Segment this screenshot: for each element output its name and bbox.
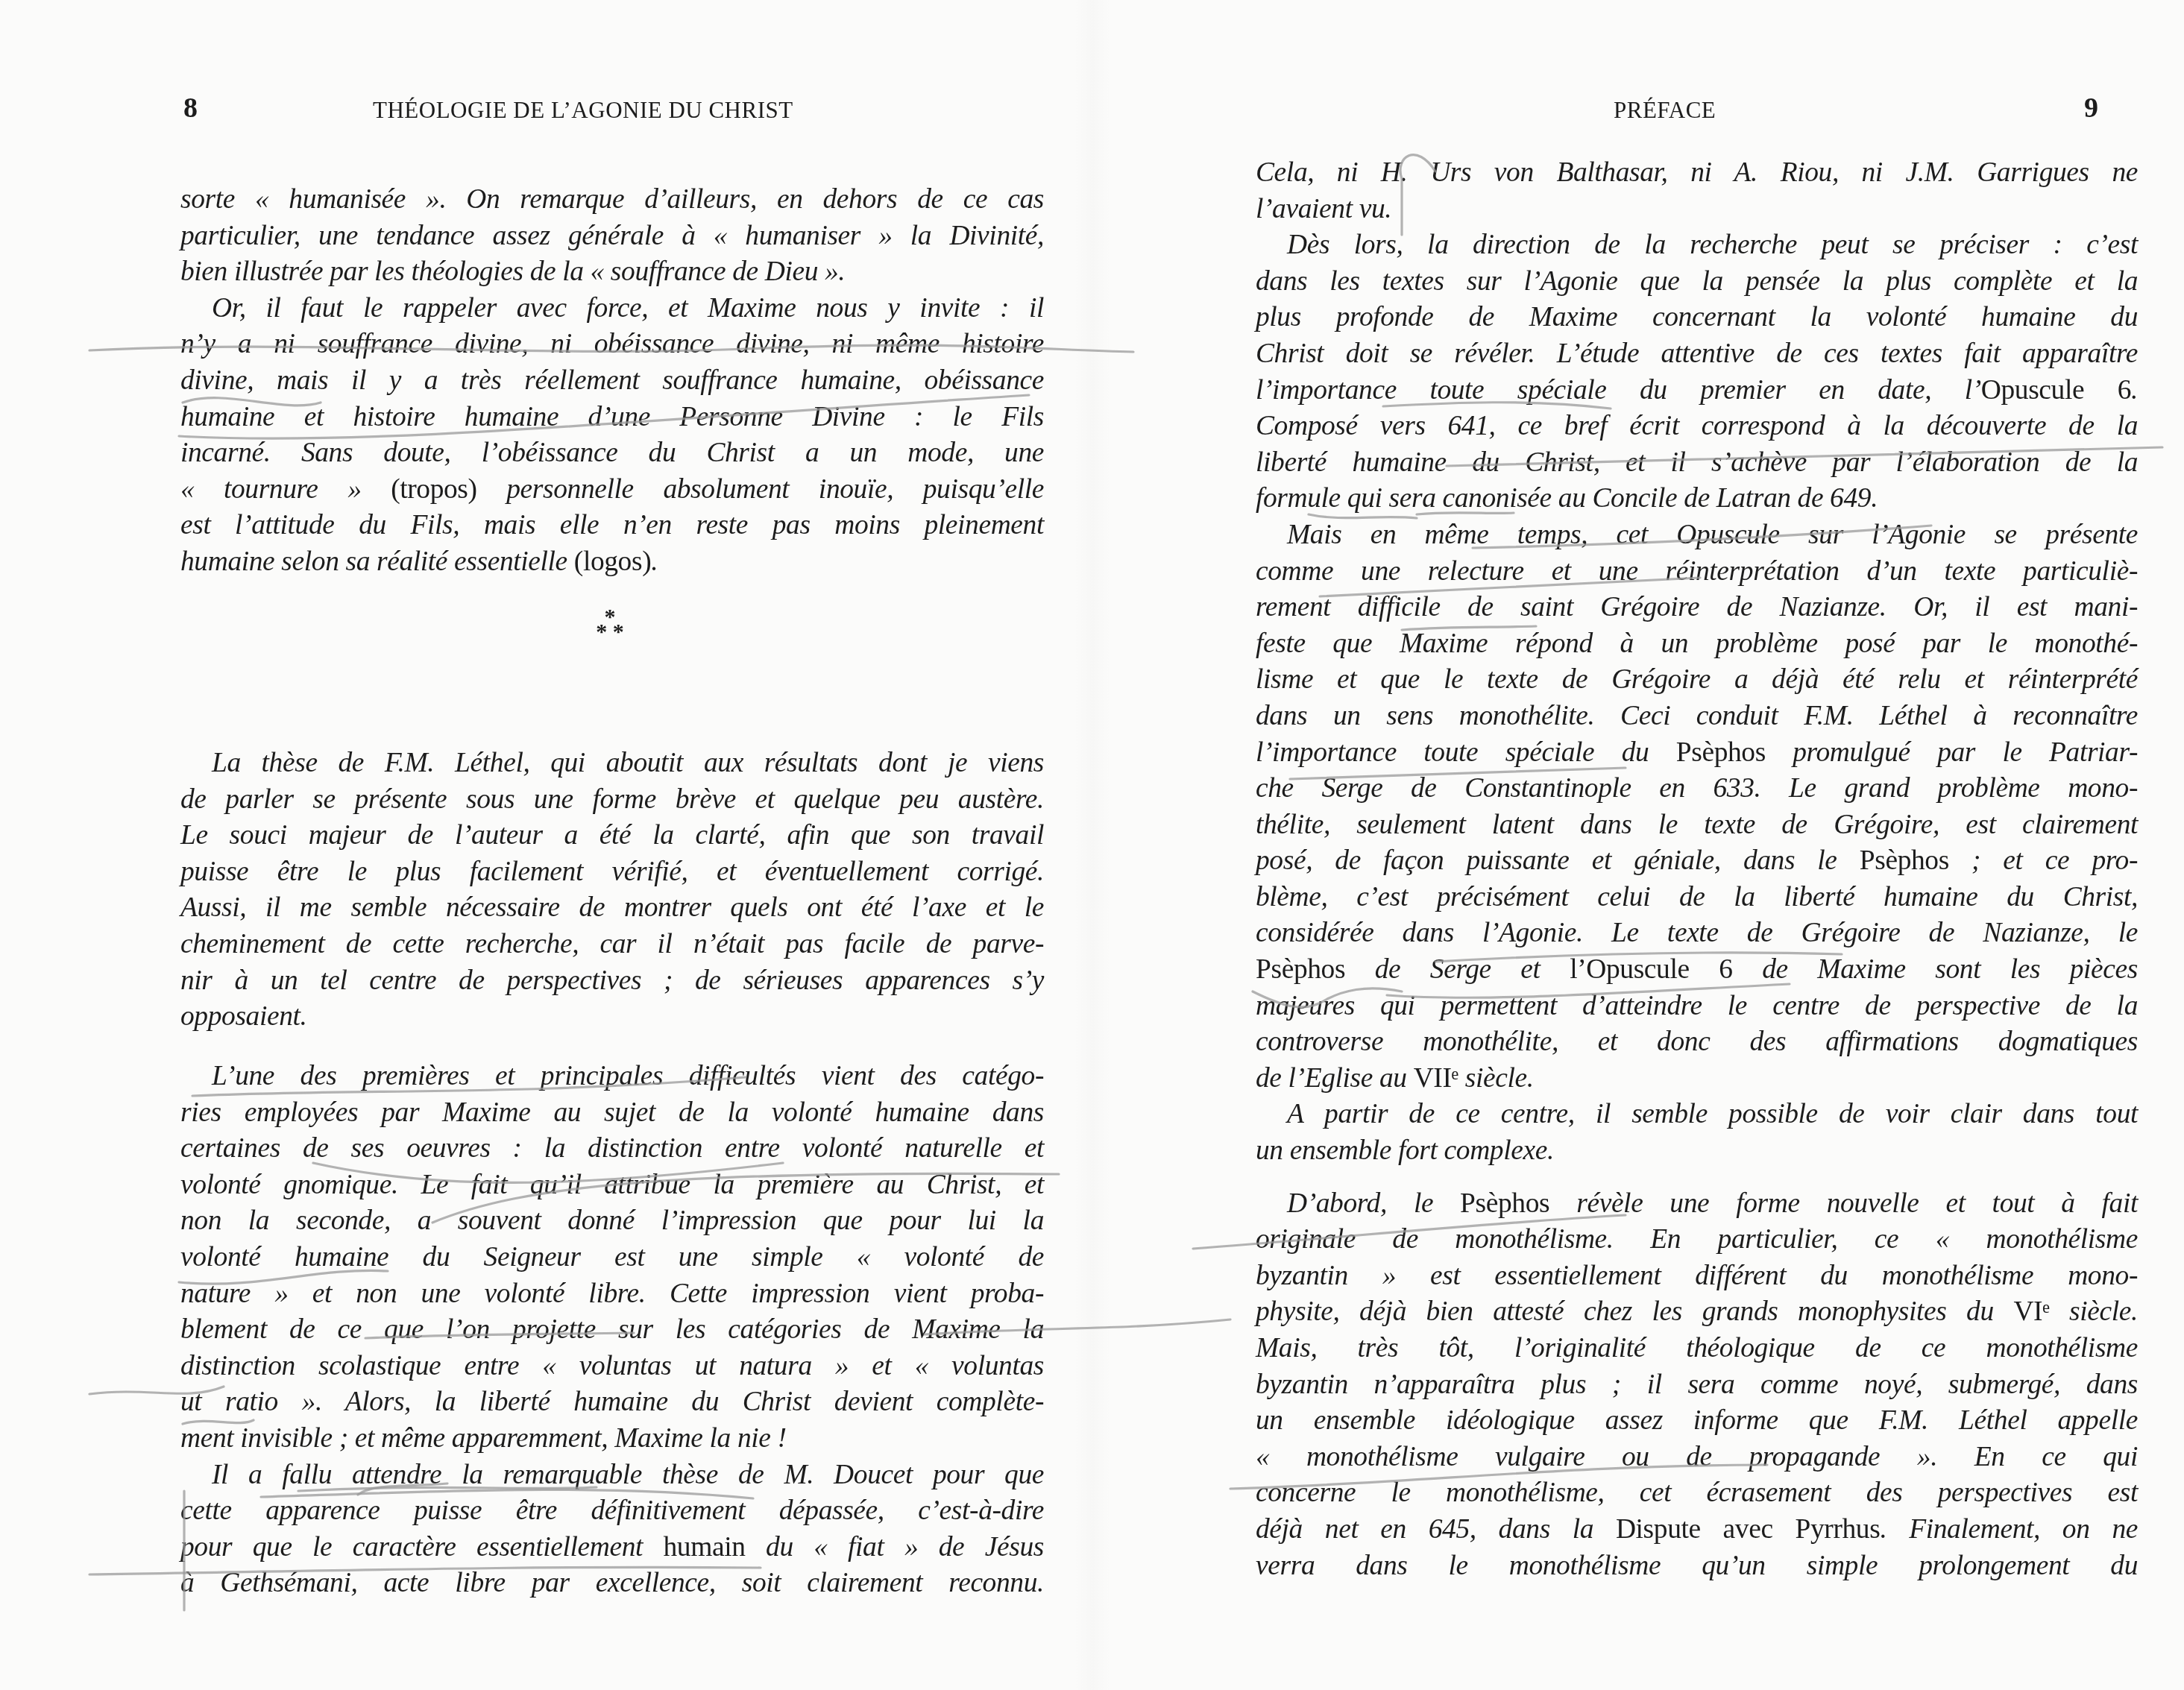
text-line: Cela, ni H. Urs von Balthasar, ni A. Rio… <box>1256 155 2138 192</box>
text-run: « tournure » <box>180 474 391 505</box>
asterism-divider: ** * <box>588 610 632 640</box>
text-line: Christ doit se révéler. L’étude attentiv… <box>1256 336 2138 373</box>
text-line: « tournure » (tropos) personnelle absolu… <box>180 472 1044 508</box>
right-page: PRÉFACE 9 Cela, ni H. Urs von Balthasar,… <box>1092 0 2184 1690</box>
text-line: cheminement de cette recherche, car il n… <box>180 927 1044 963</box>
text-line: Le souci majeur de l’auteur a été la cla… <box>180 818 1044 854</box>
text-run-roman: Psèphos <box>1460 1188 1549 1219</box>
text-line: considérée dans l’Agonie. Le texte de Gr… <box>1256 915 2138 952</box>
text-run-roman: Dispute avec Pyrrhus <box>1616 1514 1881 1545</box>
text-line: Composé vers 641, ce bref écrit correspo… <box>1256 409 2138 445</box>
text-line: concerne le monothélisme, cet écrasement… <box>1256 1475 2138 1512</box>
text-line: non la seconde, a souvent donné l’impres… <box>180 1203 1044 1240</box>
text-line: comme une relecture et une réinterprétat… <box>1256 554 2138 590</box>
text-line: posé, de façon puissante et géniale, dan… <box>1256 843 2138 880</box>
text-run-roman: l’Opuscule 6 <box>1570 954 1732 985</box>
text-run-roman: Psèphos <box>1860 845 1949 876</box>
text-run: l’importance toute spéciale du premier e… <box>1256 375 1981 406</box>
text-line: déjà net en 645, dans la Dispute avec Py… <box>1256 1512 2138 1548</box>
text-line: humaine et histoire humaine d’une Person… <box>180 400 1044 436</box>
text-line: blème, c’est précisément celui de la lib… <box>1256 880 2138 916</box>
text-run: de Serge et <box>1345 954 1570 985</box>
text-run: . Finalement, on ne <box>1880 1514 2138 1545</box>
text-line: de l’Eglise au VIIᵉ siècle. <box>1256 1061 2138 1097</box>
text-block-top: sorte « humanisée ». On remarque d’aille… <box>180 182 1044 581</box>
text-line: divine, mais il y a très réellement souf… <box>180 363 1044 400</box>
text-line: l’avaient vu. <box>1256 192 2138 228</box>
text-run: siècle. <box>1458 1063 1534 1094</box>
text-run: déjà net en 645, dans la <box>1256 1514 1616 1545</box>
text-run-roman: humain <box>664 1532 746 1563</box>
text-line: ut ratio ». Alors, la liberté humaine du… <box>180 1384 1044 1421</box>
text-line: nature » et non une volonté libre. Cette… <box>180 1276 1044 1313</box>
page-number: 9 <box>2084 94 2098 122</box>
running-head: PRÉFACE <box>1614 98 1837 122</box>
text-line: Or, il faut le rappeler avec force, et M… <box>180 291 1044 327</box>
text-line: D’abord, le Psèphos révèle une forme nou… <box>1256 1186 2138 1223</box>
book-spread: 8 THÉOLOGIE DE L’AGONIE DU CHRIST sorte … <box>0 0 2184 1690</box>
text-run-roman: Psèphos <box>1256 954 1345 985</box>
text-line: humaine selon sa réalité essentielle (lo… <box>180 544 1044 581</box>
text-line: byzantin n’apparaîtra plus ; il sera com… <box>1256 1367 2138 1404</box>
text-line: nir à un tel centre de perspectives ; de… <box>180 963 1044 1000</box>
text-line: sorte « humanisée ». On remarque d’aille… <box>180 182 1044 218</box>
text-line: majeures qui permettent d’atteindre le c… <box>1256 989 2138 1025</box>
text-line: liberté humaine du Christ, et il s’achèv… <box>1256 445 2138 482</box>
text-line: Mais en même temps, cet Opuscule sur l’A… <box>1256 517 2138 554</box>
text-run: . <box>2131 375 2138 406</box>
text-line: La thèse de F.M. Léthel, qui aboutit aux… <box>180 745 1044 782</box>
text-run: promulgué par le Patriar- <box>1766 737 2138 768</box>
text-run: révèle une forme nouvelle et tout à fait <box>1549 1188 2138 1219</box>
text-line: blement de ce que l’on projette sur les … <box>180 1312 1044 1349</box>
text-line: à Gethsémani, acte libre par excellence,… <box>180 1566 1044 1602</box>
text-line: dans les textes sur l’Agonie que la pens… <box>1256 264 2138 300</box>
text-line: feste que Maxime répond à un problème po… <box>1256 626 2138 663</box>
text-run-roman: (tropos) <box>391 474 477 505</box>
text-line: particulier, une tendance assez générale… <box>180 218 1044 255</box>
running-head: THÉOLOGIE DE L’AGONIE DU CHRIST <box>373 98 895 122</box>
text-block-bottom: L’une des premières et principales diffi… <box>180 1059 1044 1602</box>
text-line: Aussi, il me semble nécessaire de montre… <box>180 890 1044 927</box>
text-line: lisme et que le texte de Grégoire a déjà… <box>1256 662 2138 699</box>
text-line: l’importance toute spéciale du Psèphos p… <box>1256 735 2138 772</box>
paragraph-gap <box>1256 1170 2138 1186</box>
text-line: che Serge de Constantinople en 633. Le g… <box>1256 771 2138 807</box>
text-run: D’abord, le <box>1287 1188 1460 1219</box>
text-line: Mais, très tôt, l’originalité théologiqu… <box>1256 1331 2138 1367</box>
text-line: certaines de ses oeuvres : la distinctio… <box>180 1131 1044 1167</box>
text-line: n’y a ni souffrance divine, ni obéissanc… <box>180 327 1044 363</box>
text-run-roman: VIIᵉ <box>1414 1063 1458 1094</box>
text-line: bien illustrée par les théologies de la … <box>180 254 1044 291</box>
text-run: l’importance toute spéciale du <box>1256 737 1676 768</box>
left-page: 8 THÉOLOGIE DE L’AGONIE DU CHRIST sorte … <box>0 0 1092 1690</box>
text-run: humaine selon sa réalité essentielle <box>180 546 574 577</box>
text-run-roman: (logos) <box>574 546 651 577</box>
text-line: thélite, seulement latent dans le texte … <box>1256 807 2138 844</box>
text-run: pour que le caractère essentiellement <box>180 1532 664 1563</box>
text-line: ries employées par Maxime au sujet de la… <box>180 1095 1044 1132</box>
text-line: puisse être le plus facilement vérifié, … <box>180 854 1044 891</box>
text-line: Dès lors, la direction de la recherche p… <box>1256 227 2138 264</box>
text-run: siècle. <box>2049 1296 2138 1327</box>
text-block-middle: La thèse de F.M. Léthel, qui aboutit aux… <box>180 745 1044 1035</box>
text-line: physite, déjà bien attesté chez les gran… <box>1256 1294 2138 1331</box>
text-line: plus profonde de Maxime concernant la vo… <box>1256 300 2138 336</box>
text-run-roman: VIᵉ <box>2013 1296 2049 1327</box>
text-line: l’importance toute spéciale du premier e… <box>1256 373 2138 409</box>
text-line: A partir de ce centre, il semble possibl… <box>1256 1097 2138 1133</box>
text-run: ; et ce pro- <box>1949 845 2138 876</box>
text-line: L’une des premières et principales diffi… <box>180 1059 1044 1095</box>
text-line: Psèphos de Serge et l’Opuscule 6 de Maxi… <box>1256 952 2138 989</box>
text-line: dans un sens monothélite. Ceci conduit F… <box>1256 699 2138 735</box>
text-line: un ensemble idéologique assez informe qu… <box>1256 1403 2138 1440</box>
text-line: volonté humaine du Seigneur est une simp… <box>180 1240 1044 1276</box>
text-run: . <box>651 546 658 577</box>
text-run: posé, de façon puissante et géniale, dan… <box>1256 845 1860 876</box>
text-run: de Maxime sont les pièces <box>1733 954 2138 985</box>
page-number: 8 <box>183 94 198 122</box>
text-run: personnelle absolument inouïe, puisqu’el… <box>477 474 1044 505</box>
text-run-roman: Psèphos <box>1676 737 1766 768</box>
text-line: cette apparence puisse être définitiveme… <box>180 1493 1044 1530</box>
text-run: du « fiat » de Jésus <box>746 1532 1044 1563</box>
text-line: originale de monothélisme. En particulie… <box>1256 1222 2138 1258</box>
text-line: distinction scolastique entre « voluntas… <box>180 1349 1044 1385</box>
text-line: Il a fallu attendre la remarquable thèse… <box>180 1457 1044 1494</box>
text-line: un ensemble fort complexe. <box>1256 1133 2138 1170</box>
text-line: incarné. Sans doute, l’obéissance du Chr… <box>180 435 1044 472</box>
text-line: opposaient. <box>180 999 1044 1035</box>
text-run: de l’Eglise au <box>1256 1063 1414 1094</box>
text-line: est l’attitude du Fils, mais elle n’en r… <box>180 508 1044 544</box>
text-block-main: Cela, ni H. Urs von Balthasar, ni A. Rio… <box>1256 155 2138 1584</box>
text-line: ment invisible ; et même apparemment, Ma… <box>180 1421 1044 1457</box>
text-line: formule qui sera canonisée au Concile de… <box>1256 481 2138 517</box>
text-run: physite, déjà bien attesté chez les gran… <box>1256 1296 2013 1327</box>
text-line: byzantin » est essentiellement différent… <box>1256 1258 2138 1295</box>
text-line: rement difficile de saint Grégoire de Na… <box>1256 590 2138 626</box>
text-line: « monothélisme vulgaire ou de propagande… <box>1256 1440 2138 1476</box>
text-line: verra dans le monothélisme qu’un simple … <box>1256 1548 2138 1585</box>
text-run-roman: Opuscule 6 <box>1981 375 2131 406</box>
text-line: pour que le caractère essentiellement hu… <box>180 1530 1044 1566</box>
text-line: volonté gnomique. Le fait qu’il attribue… <box>180 1167 1044 1204</box>
text-line: de parler se présente sous une forme brè… <box>180 782 1044 819</box>
text-line: controverse monothélite, et donc des aff… <box>1256 1024 2138 1061</box>
